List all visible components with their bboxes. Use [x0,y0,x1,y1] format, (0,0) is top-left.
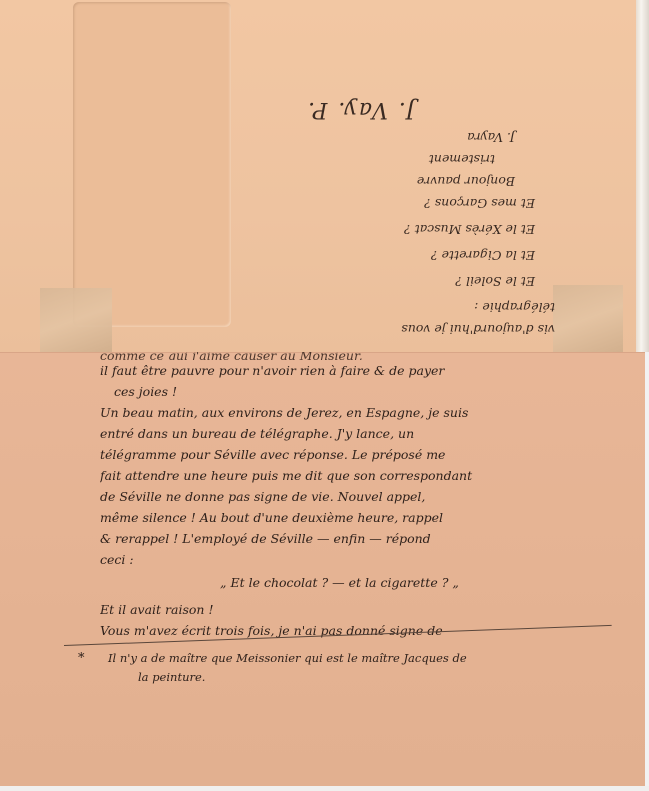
letter-line: entré dans un bureau de télégraphe. J'y … [100,423,635,444]
upside-line: tristement [235,148,555,170]
upside-line: Et le Soleil ? [235,270,555,292]
lower-page: comme ce qui j'aime causer au Monsieur, … [0,352,645,789]
upside-line: J. Vayra [235,126,555,148]
letter-body: comme ce qui j'aime causer au Monsieur, … [100,353,635,641]
footnote-line: la peinture. [78,668,618,686]
letter-line: Et il avait raison ! [100,599,635,620]
quoted-reply: „ Et le chocolat ? — et la cigarette ? „ [100,572,635,593]
letter-line: ces joies ! [100,381,635,402]
letter-line: Un beau matin, aux environs de Jerez, en… [100,402,635,423]
letter-line: il faut être pauvre pour n'avoir rien à … [100,360,635,381]
upside-down-text-block: vis d'aujourd'hui je vous télégraphie : … [235,0,555,340]
signature: J. Vay. P. [235,98,555,120]
tape-right [553,285,623,352]
upper-folded-page: vis d'aujourd'hui je vous télégraphie : … [0,0,638,352]
cut-off-line: comme ce qui j'aime causer au Monsieur, [100,352,635,360]
upside-line: vis d'aujourd'hui je vous [235,318,555,340]
page-bottom-edge [0,786,649,791]
upside-line: Et le Xérès Muscat ? [235,218,555,240]
letter-line: & rerappel ! L'employé de Séville — enfi… [100,528,635,549]
upside-line: Et la Cigarette ? [235,244,555,266]
upside-line: télégraphie : [235,296,555,318]
footnote: *Il n'y a de maître que Meissonier qui e… [78,649,618,686]
letter-line: ceci : [100,549,635,570]
asterisk-icon: * [78,650,108,668]
embossed-frame [73,2,231,327]
upside-line: Et mes Garçons ? [235,192,555,214]
footnote-line: Il n'y a de maître que Meissonier qui es… [108,651,467,665]
letter-line: même silence ! Au bout d'une deuxième he… [100,507,635,528]
page-edge [636,0,649,352]
letter-sheet: vis d'aujourd'hui je vous télégraphie : … [0,0,649,791]
letter-line: télégramme pour Séville avec réponse. Le… [100,444,635,465]
letter-line: de Séville ne donne pas signe de vie. No… [100,486,635,507]
tape-left [40,288,112,352]
letter-line: fait attendre une heure puis me dit que … [100,465,635,486]
upside-line: Bonjour pauvre [235,170,555,192]
letter-line: Vous m'avez écrit trois fois, je n'ai pa… [100,620,635,641]
